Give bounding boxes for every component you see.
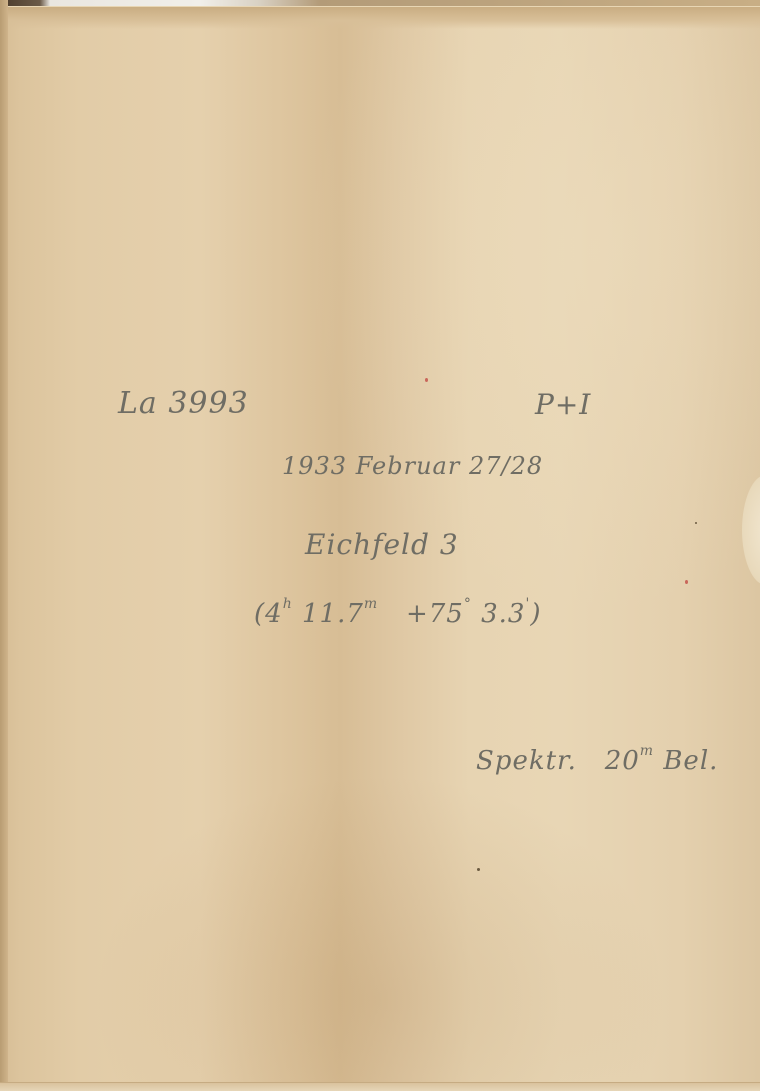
note-exposure-unit: m — [640, 743, 654, 759]
note-spectrum: Spektr. — [476, 746, 577, 776]
ink-fleck — [685, 580, 688, 584]
note-exposure-time: 20 — [605, 746, 640, 776]
exposure-note: Spektr. 20m Bel. — [476, 743, 718, 776]
envelope-bottom-edge — [0, 1082, 760, 1091]
observation-date: 1933 Februar 27/28 — [282, 452, 543, 480]
envelope-left-edge — [0, 0, 8, 1091]
coord-open-paren: ( — [254, 599, 265, 629]
ra-hours-unit: h — [283, 596, 293, 612]
plate-marker: P+I — [535, 388, 591, 421]
envelope-thumb-notch — [742, 475, 760, 585]
dec-degrees: +75 — [406, 599, 464, 629]
envelope-top-fold — [0, 6, 760, 29]
note-exposure-label: Bel. — [663, 746, 718, 776]
ink-fleck — [425, 378, 428, 382]
ra-minutes-unit: m — [364, 596, 378, 612]
dec-degrees-unit: ° — [464, 596, 472, 612]
ra-hours: 4 — [265, 599, 283, 629]
plate-envelope: La 3993 P+I 1933 Februar 27/28 Eichfeld … — [0, 0, 760, 1091]
coordinates: (4h 11.7m +75° 3.3') — [254, 596, 541, 629]
ink-fleck — [477, 868, 480, 871]
ra-minutes: 11.7 — [302, 599, 364, 629]
ink-fleck — [695, 522, 697, 524]
catalog-id: La 3993 — [118, 386, 249, 421]
dec-minutes: 3.3 — [481, 599, 525, 629]
field-name: Eichfeld 3 — [305, 528, 459, 561]
coord-close-paren: ) — [530, 599, 541, 629]
